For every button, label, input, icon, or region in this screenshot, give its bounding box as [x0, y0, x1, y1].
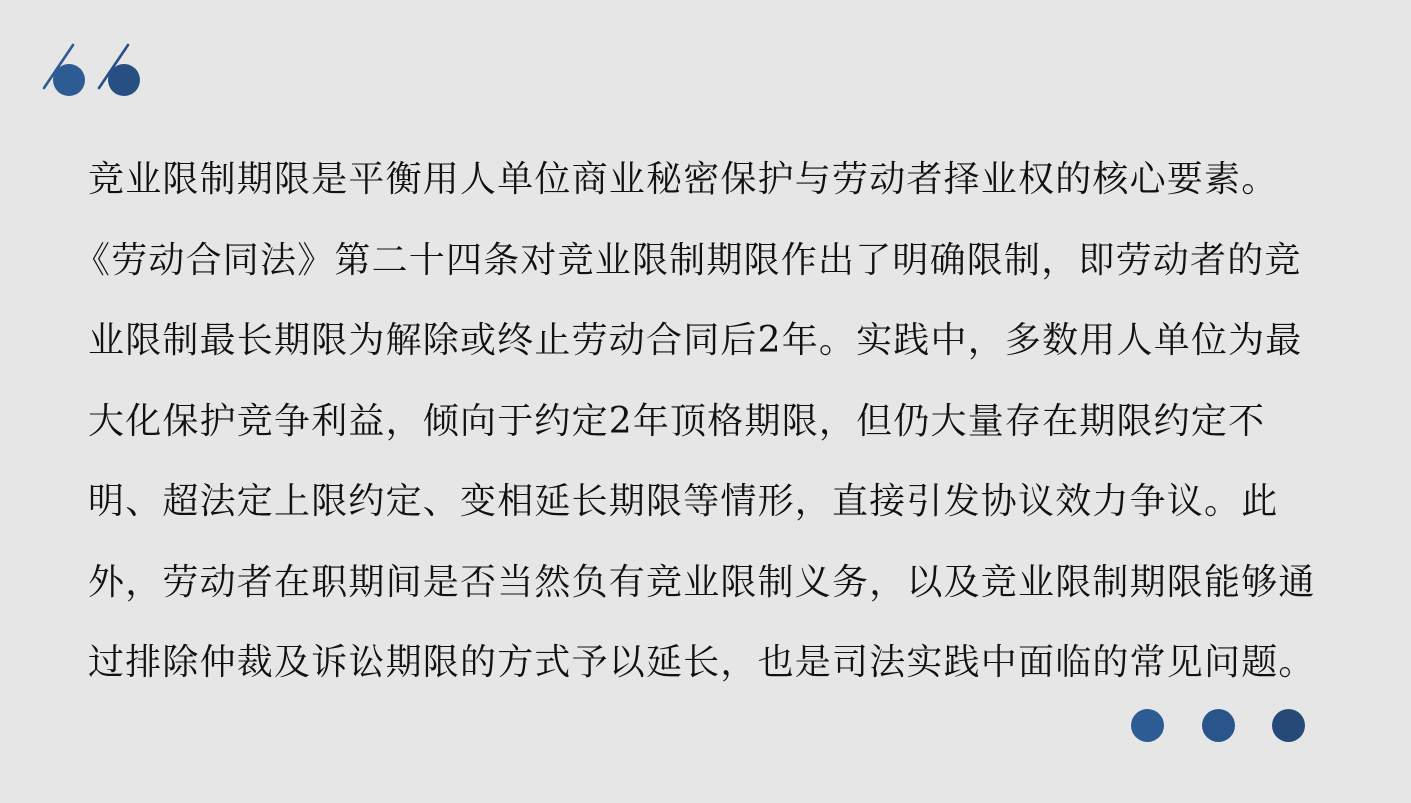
opening-quote-icon: [38, 40, 148, 102]
paragraph-line-5: 明、超法定上限约定、变相延长期限等情形，直接引发协议效力争议。此: [88, 462, 1348, 543]
dot-3: [1272, 709, 1305, 742]
paragraph-line-4: 大化保护竞争利益，倾向于约定2年顶格期限，但仍大量存在期限约定不: [88, 382, 1348, 463]
paragraph-line-6: 外，劳动者在职期间是否当然负有竞业限制义务，以及竞业限制期限能够通: [88, 543, 1348, 624]
dot-1: [1131, 709, 1164, 742]
dot-2: [1202, 709, 1235, 742]
paragraph-line-2: 《劳动合同法》第二十四条对竞业限制期限作出了明确限制，即劳动者的竞: [74, 221, 1348, 302]
paragraph-line-7: 过排除仲裁及诉讼期限的方式予以延长，也是司法实践中面临的常见问题。: [88, 623, 1348, 704]
quote-paragraph: 竞业限制期限是平衡用人单位商业秘密保护与劳动者择业权的核心要素。 《劳动合同法》…: [88, 140, 1348, 704]
paragraph-line-3: 业限制最长期限为解除或终止劳动合同后2年。实践中，多数用人单位为最: [88, 301, 1348, 382]
paragraph-line-1: 竞业限制期限是平衡用人单位商业秘密保护与劳动者择业权的核心要素。: [88, 140, 1348, 221]
three-dots-icon: [1131, 709, 1311, 745]
